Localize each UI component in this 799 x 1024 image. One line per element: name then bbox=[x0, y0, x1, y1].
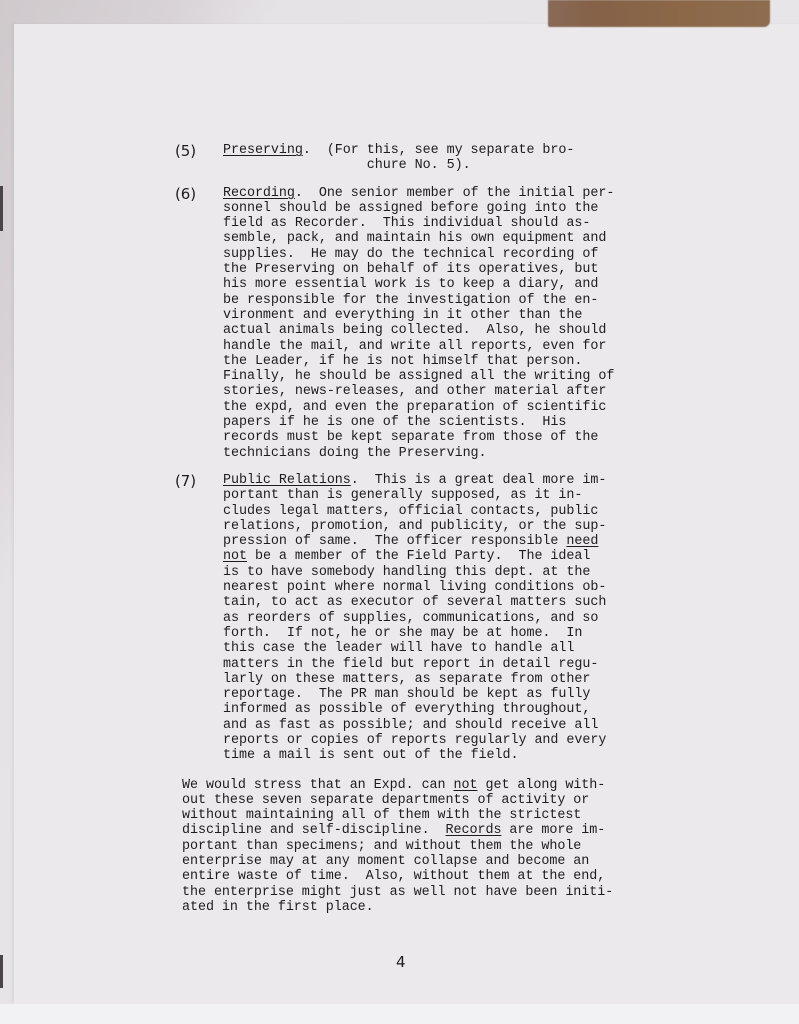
scan-bottom-edge bbox=[0, 1004, 799, 1024]
item-heading: Public Relations bbox=[223, 473, 351, 488]
item-heading: Preserving bbox=[223, 143, 303, 158]
list-item-public-relations: (7) Public Relations. This is a great de… bbox=[175, 473, 695, 764]
item-body: Public Relations. This is a great deal m… bbox=[223, 473, 695, 764]
emphasis-need: need bbox=[566, 534, 598, 549]
item-body: Preserving. (For this, see my separate b… bbox=[223, 143, 695, 174]
emphasis-records: Records bbox=[446, 823, 502, 838]
item-body: Recording. One senior member of the init… bbox=[223, 186, 695, 461]
item-heading: Recording bbox=[223, 186, 295, 201]
binder-edge-mark bbox=[0, 186, 3, 231]
item-number: (6) bbox=[175, 186, 223, 461]
item-number: (7) bbox=[175, 473, 223, 764]
item-number: (5) bbox=[175, 143, 223, 174]
binder-edge-mark bbox=[0, 955, 3, 988]
list-item-preserving: (5) Preserving. (For this, see my separa… bbox=[175, 143, 695, 174]
list-item-recording: (6) Recording. One senior member of the … bbox=[175, 186, 695, 461]
foreign-object-top-edge bbox=[548, 0, 770, 27]
emphasis-not: not bbox=[454, 778, 478, 793]
emphasis-not: not bbox=[223, 549, 247, 564]
closing-paragraph: We would stress that an Expd. can not ge… bbox=[182, 778, 695, 916]
document-text: (5) Preserving. (For this, see my separa… bbox=[175, 143, 695, 915]
page-number: 4 bbox=[396, 953, 406, 971]
